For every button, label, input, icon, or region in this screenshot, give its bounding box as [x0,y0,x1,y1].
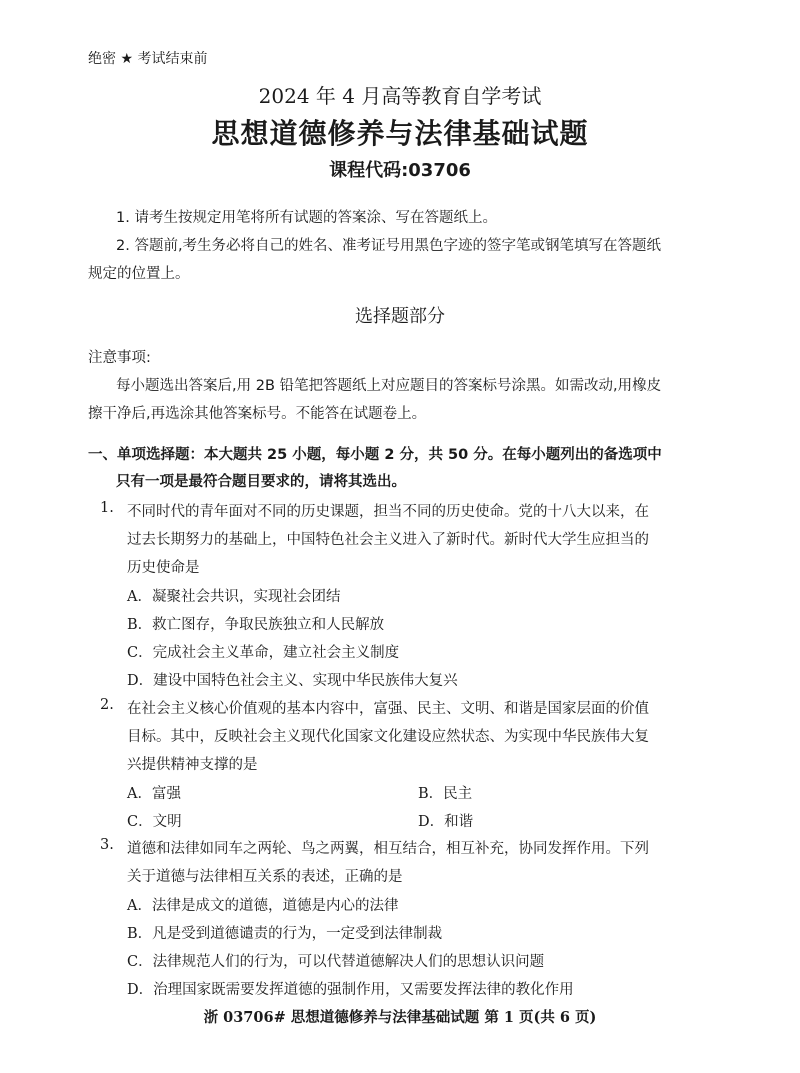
option-text: 民主 [443,786,472,802]
question-stem-line: 不同时代的青年面对不同的历史课题，担当不同的历史使命。党的十八大以来，在 [127,500,649,521]
option-d: D．建设中国特色社会主义、实现中华民族伟大复兴 [127,669,458,690]
part-heading-continued: 只有一项是最符合题目要求的，请将其选出。 [116,470,406,491]
option-b: B．救亡图存，争取民族独立和人民解放 [127,613,384,634]
option-label: B． [127,617,152,633]
instruction-2-continued: 规定的位置上。 [88,262,190,283]
option-text: 和谐 [444,814,473,830]
option-text: 法律是成文的道德，道德是内心的法律 [152,898,399,914]
option-text: 救亡图存，争取民族独立和人民解放 [152,617,384,633]
page-footer: 浙 03706# 思想道德修养与法律基础试题 第 1 页(共 6 页) [0,1006,800,1027]
option-label: C． [127,814,153,830]
part-heading: 一、单项选择题：本大题共 25 小题，每小题 2 分，共 50 分。在每小题列出… [88,443,662,464]
option-label: D． [127,673,153,689]
question-stem-line: 过去长期努力的基础上，中国特色社会主义进入了新时代。新时代大学生应担当的 [127,528,649,549]
question-stem-line: 目标。其中，反映社会主义现代化国家文化建设应然状态、为实现中华民族伟大复 [127,725,649,746]
confidential-label: 绝密 ★ 考试结束前 [88,48,207,68]
option-label: B． [418,786,443,802]
option-text: 凝聚社会共识，实现社会团结 [152,589,341,605]
notice-label: 注意事项: [88,346,151,367]
option-c: C．法律规范人们的行为，可以代替道德解决人们的思想认识问题 [127,950,544,971]
option-label: A． [127,589,152,605]
question-stem-line: 在社会主义核心价值观的基本内容中，富强、民主、文明、和谐是国家层面的价值 [127,697,649,718]
option-text: 法律规范人们的行为，可以代替道德解决人们的思想认识问题 [153,954,545,970]
option-a: A．法律是成文的道德，道德是内心的法律 [127,894,398,915]
option-text: 治理国家既需要发挥道德的强制作用，又需要发挥法律的教化作用 [153,982,574,998]
option-d: D．治理国家既需要发挥道德的强制作用，又需要发挥法律的教化作用 [127,978,574,999]
question-number: 1. [100,500,114,516]
page-title: 思想道德修养与法律基础试题 [0,112,800,152]
option-text: 凡是受到道德谴责的行为，一定受到法律制裁 [152,926,442,942]
question-stem-line: 关于道德与法律相互关系的表述，正确的是 [127,865,403,886]
option-text: 富强 [152,786,181,802]
question-stem-line: 兴提供精神支撑的是 [127,753,258,774]
option-label: D． [127,982,153,998]
option-b: B．凡是受到道德谴责的行为，一定受到法律制裁 [127,922,442,943]
option-text: 完成社会主义革命，建立社会主义制度 [153,645,400,661]
question-number: 3. [100,837,114,853]
option-label: D． [418,814,444,830]
instruction-2: 2. 答题前,考生务必将自己的姓名、准考证号用黑色字迹的签字笔或钢笔填写在答题纸 [116,234,661,255]
question-number: 2. [100,697,114,713]
option-label: C． [127,954,153,970]
option-c: C．完成社会主义革命，建立社会主义制度 [127,641,399,662]
option-c: C．文明 [127,810,182,831]
option-text: 建设中国特色社会主义、实现中华民族伟大复兴 [153,673,458,689]
option-label: B． [127,926,152,942]
option-b: B．民主 [418,782,472,803]
course-code: 课程代码:03706 [0,156,800,182]
exam-session-line: 2024 年 4 月高等教育自学考试 [0,80,800,109]
notice-line: 擦干净后,再选涂其他答案标号。不能答在试题卷上。 [88,402,426,423]
section-title: 选择题部分 [0,302,800,328]
option-d: D．和谐 [418,810,473,831]
question-stem-line: 历史使命是 [127,556,200,577]
instruction-1: 1. 请考生按规定用笔将所有试题的答案涂、写在答题纸上。 [116,206,497,227]
notice-line: 每小题选出答案后,用 2B 铅笔把答题纸上对应题目的答案标号涂黑。如需改动,用橡… [116,374,661,395]
option-a: A．富强 [127,782,181,803]
option-text: 文明 [153,814,182,830]
option-label: A． [127,786,152,802]
question-stem-line: 道德和法律如同车之两轮、鸟之两翼，相互结合，相互补充，协同发挥作用。下列 [127,837,649,858]
option-label: A． [127,898,152,914]
option-label: C． [127,645,153,661]
option-a: A．凝聚社会共识，实现社会团结 [127,585,340,606]
